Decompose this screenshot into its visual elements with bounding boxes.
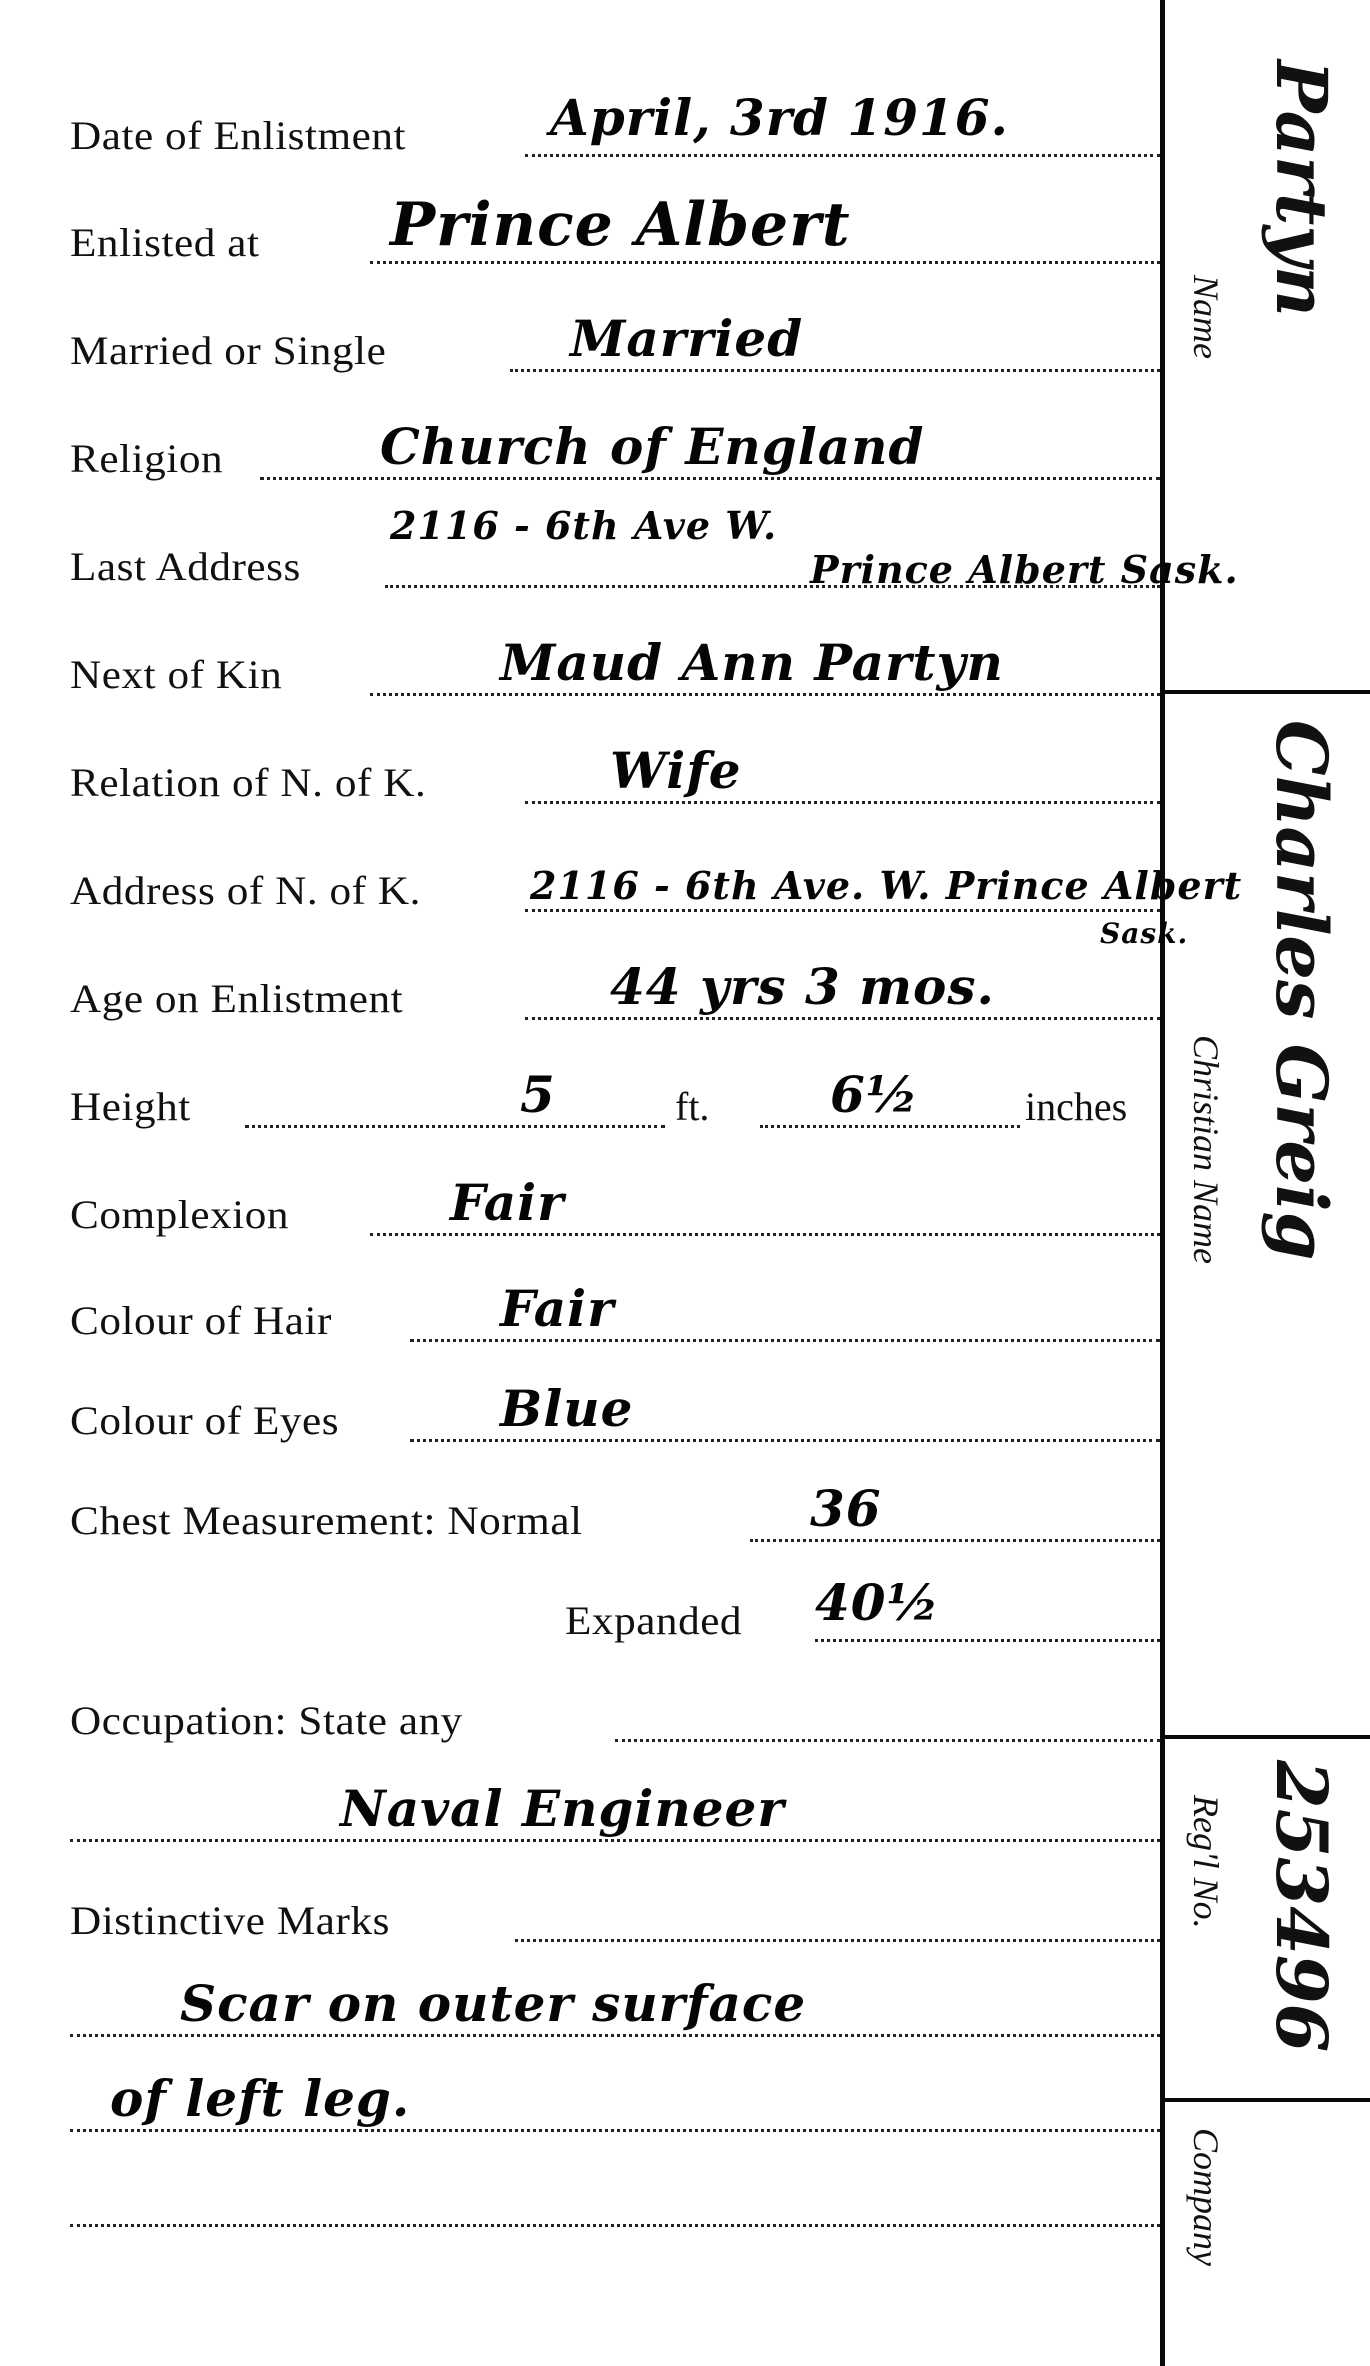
field-label: Relation of N. of K. xyxy=(70,759,426,806)
field-value: Naval Engineer xyxy=(340,1779,785,1838)
field-label: Colour of Eyes xyxy=(70,1397,339,1444)
field-value-line2: of left leg. xyxy=(110,2069,410,2128)
field-last-address: Last Address 2116 - 6th Ave W. Prince Al… xyxy=(70,536,1160,596)
distinctive-marks-line-2: of left leg. xyxy=(70,2080,1160,2140)
fill-line xyxy=(615,1739,1160,1742)
field-complexion: Complexion Fair xyxy=(70,1184,1160,1244)
fill-line xyxy=(70,2034,1160,2037)
sidebar-value-christian-name: Charles Greig xyxy=(1260,720,1343,1260)
field-value: Fair xyxy=(450,1173,565,1232)
fill-line xyxy=(410,1439,1160,1442)
field-label: Chest Measurement: Normal xyxy=(70,1497,583,1544)
field-label: Last Address xyxy=(70,543,301,590)
field-label: Distinctive Marks xyxy=(70,1897,390,1944)
fill-line xyxy=(815,1639,1160,1642)
field-value: 36 xyxy=(810,1479,882,1538)
field-chest-normal: Chest Measurement: Normal 36 xyxy=(70,1490,1160,1550)
field-next-of-kin: Next of Kin Maud Ann Partyn xyxy=(70,644,1160,704)
field-distinctive-marks: Distinctive Marks xyxy=(70,1890,1160,1950)
fill-line xyxy=(370,1233,1160,1236)
fill-line xyxy=(525,154,1160,157)
sidebar-value-regimental-number: 253496 xyxy=(1260,1760,1343,2052)
sidebar-name-section: Name Partyn xyxy=(1165,0,1370,690)
fill-line-inches xyxy=(760,1125,1020,1128)
fill-line xyxy=(70,1839,1160,1842)
field-value: Maud Ann Partyn xyxy=(500,633,1004,692)
sidebar-label-christian-name: Christian Name xyxy=(1185,1035,1227,1264)
attestation-card: Date of Enlistment April, 3rd 1916. Enli… xyxy=(0,0,1370,2366)
field-label: Married or Single xyxy=(70,327,386,374)
field-label: Next of Kin xyxy=(70,651,282,698)
field-label: Expanded xyxy=(565,1597,742,1644)
fill-line xyxy=(525,909,1160,912)
feet-unit: ft. xyxy=(675,1083,709,1130)
field-enlisted-at: Enlisted at Prince Albert xyxy=(70,212,1160,272)
field-address-of-nok: Address of N. of K. 2116 - 6th Ave. W. P… xyxy=(70,860,1160,920)
fill-line xyxy=(515,1939,1160,1942)
field-occupation: Occupation: State any xyxy=(70,1690,1160,1750)
fill-line xyxy=(70,2224,1160,2227)
field-value: 44 yrs 3 mos. xyxy=(610,957,995,1016)
field-label: Age on Enlistment xyxy=(70,975,403,1022)
field-height: Height 5 ft. 6½ inches xyxy=(70,1076,1160,1136)
field-label: Enlisted at xyxy=(70,219,260,266)
field-value: 40½ xyxy=(815,1573,940,1632)
sidebar-label-regimental-number: Reg'l No. xyxy=(1185,1795,1227,1929)
fill-line xyxy=(370,261,1160,264)
height-inches: 6½ xyxy=(830,1065,919,1124)
fill-line xyxy=(70,2129,1160,2132)
field-value: Married xyxy=(570,309,803,368)
field-value: Blue xyxy=(500,1379,633,1438)
fill-line xyxy=(510,369,1160,372)
field-colour-of-hair: Colour of Hair Fair xyxy=(70,1290,1160,1350)
field-relation-of-nok: Relation of N. of K. Wife xyxy=(70,752,1160,812)
height-feet: 5 xyxy=(520,1065,556,1124)
field-value: Church of England xyxy=(380,417,924,476)
field-age-on-enlistment: Age on Enlistment 44 yrs 3 mos. xyxy=(70,968,1160,1028)
field-label: Religion xyxy=(70,435,223,482)
field-value: 2116 - 6th Ave. W. Prince Albert xyxy=(530,863,1242,908)
fill-line xyxy=(750,1539,1160,1542)
field-colour-of-eyes: Colour of Eyes Blue xyxy=(70,1390,1160,1450)
sidebar-regimental-number-section: Reg'l No. 253496 xyxy=(1165,1735,1370,2098)
field-chest-expanded: Expanded 40½ xyxy=(70,1590,1160,1650)
sidebar-company-section: Company xyxy=(1165,2098,1370,2366)
field-value-line1: 2116 - 6th Ave W. xyxy=(390,503,777,548)
field-value: April, 3rd 1916. xyxy=(550,88,1009,147)
sidebar-label-name: Name xyxy=(1185,275,1227,359)
field-occupation-value-line: Naval Engineer xyxy=(70,1790,1160,1850)
fill-line xyxy=(410,1339,1160,1342)
fill-line xyxy=(260,477,1160,480)
fill-line-feet xyxy=(245,1125,665,1128)
fill-line xyxy=(525,1017,1160,1020)
field-date-of-enlistment: Date of Enlistment April, 3rd 1916. xyxy=(70,105,1160,165)
field-label: Date of Enlistment xyxy=(70,112,406,159)
sidebar-value-surname: Partyn xyxy=(1260,60,1343,317)
field-value: Prince Albert xyxy=(390,190,851,260)
fill-line xyxy=(525,801,1160,804)
field-religion: Religion Church of England xyxy=(70,428,1160,488)
field-label: Complexion xyxy=(70,1191,289,1238)
distinctive-marks-line-3 xyxy=(70,2175,1160,2235)
fill-line xyxy=(370,693,1160,696)
sidebar-christian-name-section: Christian Name Charles Greig xyxy=(1165,690,1370,1735)
field-label: Colour of Hair xyxy=(70,1297,332,1344)
field-value-line1: Scar on outer surface xyxy=(180,1974,806,2033)
sidebar-label-company: Company xyxy=(1185,2128,1227,2266)
field-label: Occupation: State any xyxy=(70,1697,463,1744)
field-label: Address of N. of K. xyxy=(70,867,421,914)
distinctive-marks-line-1: Scar on outer surface xyxy=(70,1985,1160,2045)
field-value: Fair xyxy=(500,1279,615,1338)
field-label: Height xyxy=(70,1083,191,1130)
field-value: Wife xyxy=(610,741,742,800)
inches-unit: inches xyxy=(1025,1083,1127,1130)
field-married-or-single: Married or Single Married xyxy=(70,320,1160,380)
